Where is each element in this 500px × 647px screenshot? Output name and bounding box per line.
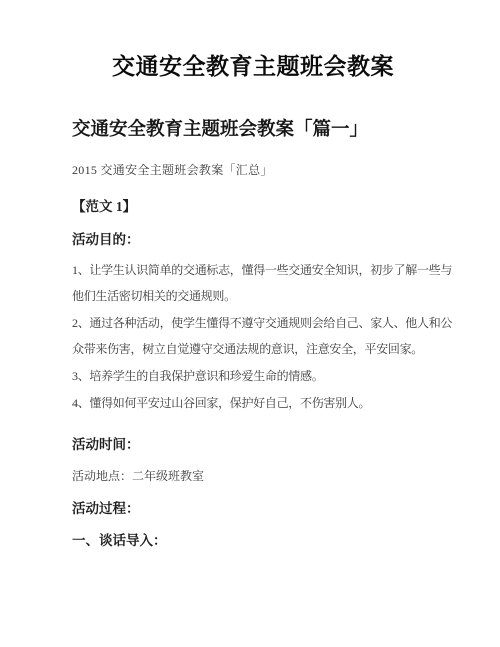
location-line: 活动地点：二年级班教室 [72, 468, 434, 485]
process-heading: 活动过程： [72, 500, 434, 517]
meta-line: 2015 交通安全主题班会教案「汇总」 [72, 162, 434, 179]
document-page: 交通安全教育主题班会教案 交通安全教育主题班会教案「篇一」 2015 交通安全主… [0, 0, 500, 647]
purpose-item-2: 2、通过各种活动，使学生懂得不遵守交通规则会给自己、家人、他人和公 众带来伤害，… [72, 310, 434, 362]
paragraph-line: 1、让学生认识简单的交通标志，懂得一些交通安全知识，初步了解一些与 [72, 257, 434, 283]
sample-label: 【范文 1】 [72, 198, 434, 215]
step1-heading: 一、谈话导入： [72, 532, 434, 549]
paragraph-line: 2、通过各种活动，使学生懂得不遵守交通规则会给自己、家人、他人和公 [72, 310, 434, 336]
paragraph-line: 众带来伤害，树立自觉遵守交通法规的意识，注意安全，平安回家。 [72, 336, 434, 362]
purpose-item-3: 3、培养学生的自我保护意识和珍爱生命的情感。 [72, 363, 434, 389]
paragraph-line: 3、培养学生的自我保护意识和珍爱生命的情感。 [72, 363, 434, 389]
document-title: 交通安全教育主题班会教案 [72, 52, 434, 82]
purpose-item-4: 4、懂得如何平安过山谷回家，保护好自己，不伤害别人。 [72, 390, 434, 416]
purpose-heading: 活动目的： [72, 231, 434, 248]
purpose-item-1: 1、让学生认识简单的交通标志，懂得一些交通安全知识，初步了解一些与 他们生活密切… [72, 257, 434, 309]
paragraph-line: 4、懂得如何平安过山谷回家，保护好自己，不伤害别人。 [72, 390, 434, 416]
time-heading: 活动时间： [72, 436, 434, 453]
paragraph-line: 他们生活密切相关的交通规则。 [72, 283, 434, 309]
document-subtitle: 交通安全教育主题班会教案「篇一」 [72, 118, 434, 142]
